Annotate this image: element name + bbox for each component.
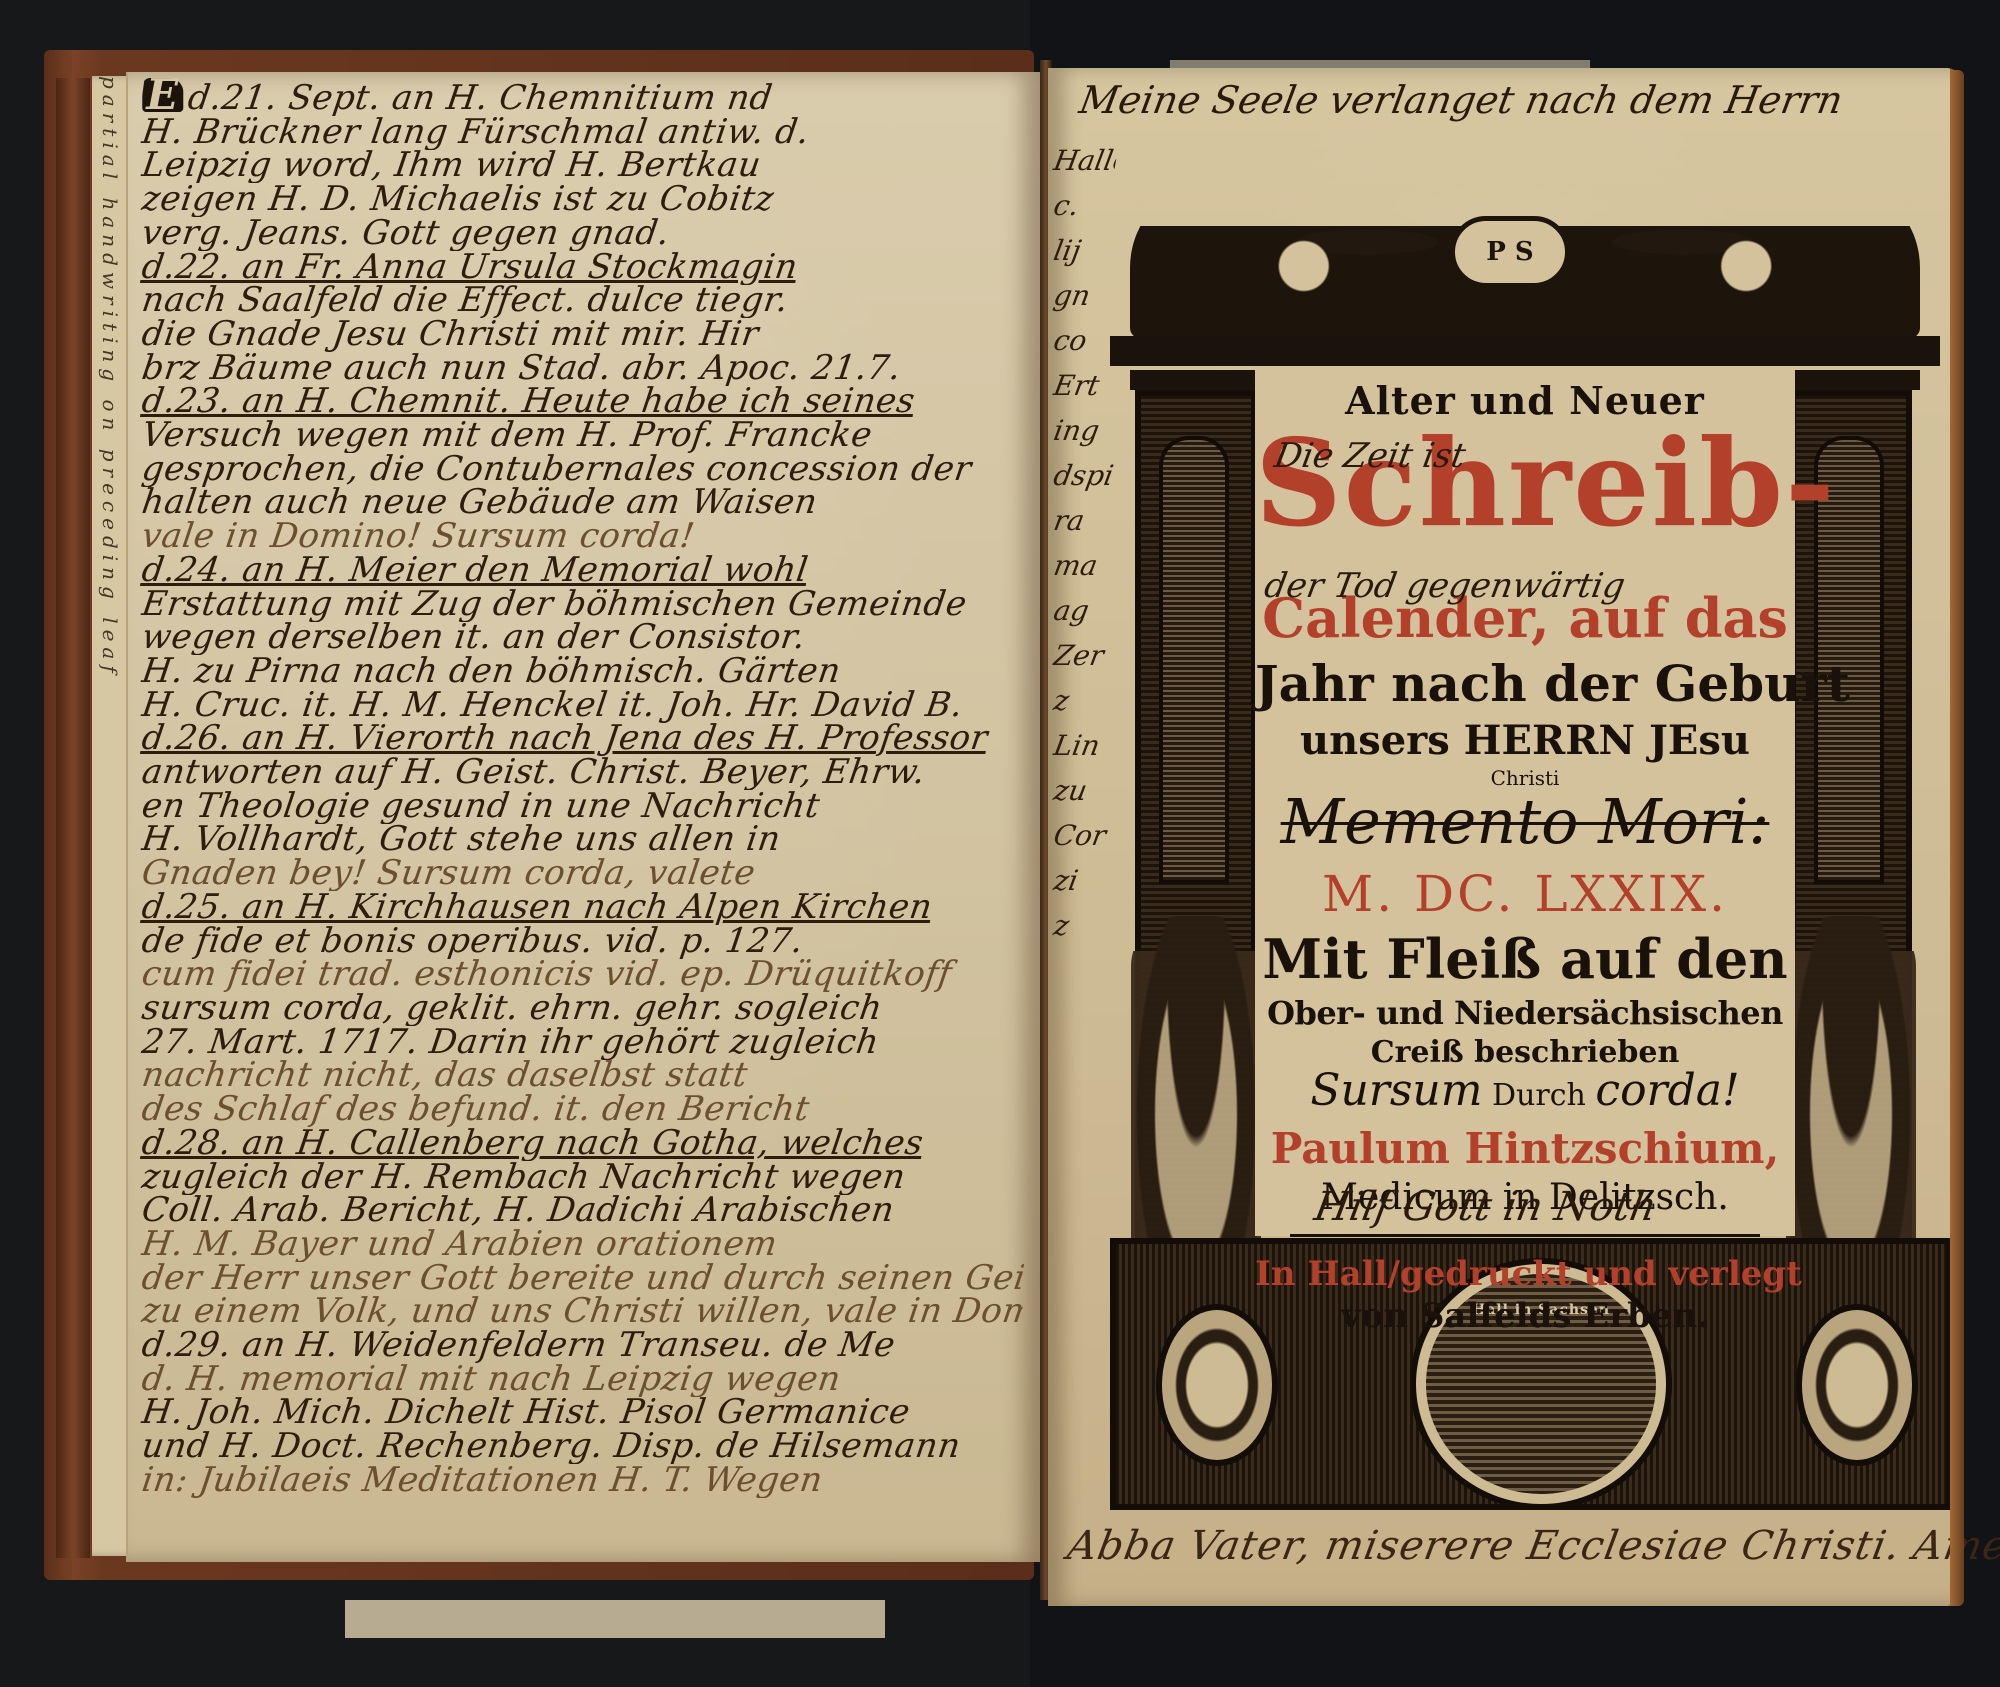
manuscript-line: halten auch neue Gebäude am Waisen bbox=[140, 486, 1025, 520]
manuscript-line: H. zu Pirna nach den böhmisch. Gärten bbox=[140, 655, 1025, 689]
manuscript-line: H. Cruc. it. H. M. Henckel it. Joh. Hr. … bbox=[140, 689, 1025, 723]
manuscript-line: zu einem Volk, und uns Christi willen, v… bbox=[140, 1295, 1025, 1329]
manuscript-line: H. Joh. Mich. Dichelt Hist. Pisol German… bbox=[140, 1396, 1025, 1430]
manuscript-line: d.24. an H. Meier den Memorial wohl bbox=[140, 554, 1025, 588]
title-year: M. DC. LXXIX. bbox=[1255, 861, 1795, 927]
woodcut-frame: P S Hall in Sachsen Alter und Neuer Schr… bbox=[1110, 158, 1940, 1498]
manuscript-line: sursum corda, geklit. ehrn. gehr. soglei… bbox=[140, 992, 1025, 1026]
imprint-place: In Hall/gedruckt und verlegt bbox=[1255, 1253, 1795, 1295]
title-panel: Alter und Neuer Schreib- Calender, auf d… bbox=[1255, 366, 1795, 1236]
handwritten-memento-mori: Memento Mori: bbox=[1255, 789, 1795, 855]
manuscript-line: H. Vollhardt, Gott stehe uns allen in bbox=[140, 823, 1025, 857]
handwritten-overlay-3: Hilf Gott in Noth bbox=[1311, 1184, 1660, 1230]
manuscript-line: die Gnade Jesu Christi mit mir. Hir bbox=[140, 318, 1025, 352]
manuscript-line: d.22. an Fr. Anna Ursula Stockmagin bbox=[140, 251, 1025, 285]
title-line-durch: Sursum Durch corda! bbox=[1255, 1071, 1795, 1116]
manuscript-line: antworten auf H. Geist. Christ. Beyer, E… bbox=[140, 756, 1025, 790]
handwritten-overlay-1: Die Zeit ist bbox=[1271, 436, 1468, 476]
manuscript-line: H. Brückner lang Fürschmal antiw. d. bbox=[140, 116, 1025, 150]
title-line-mit-fleiss: Mit Fleiß auf den bbox=[1255, 927, 1795, 991]
title-line-jahr: Jahr nach der Geburt bbox=[1255, 653, 1795, 715]
handwritten-corda: corda! bbox=[1595, 1065, 1739, 1116]
manuscript-line: Ed.21. Sept. an H. Chemnitium nd bbox=[139, 78, 1024, 116]
decorated-initial: E bbox=[142, 78, 183, 112]
bottom-paper-tab bbox=[345, 1600, 885, 1638]
manuscript-line: 27. Mart. 1717. Darin ihr gehört zugleic… bbox=[140, 1026, 1025, 1060]
handwritten-bottom-note: Abba Vater, miserere Ecclesiae Christi. … bbox=[1064, 1523, 1932, 1569]
title-line-ober-nieder: Ober- und Niedersächsischen bbox=[1255, 991, 1795, 1035]
left-manuscript-page: Ed.21. Sept. an H. Chemnitium nd H. Brüc… bbox=[126, 72, 1042, 1562]
title-divider bbox=[1290, 1234, 1760, 1237]
title-line-unsers-herrn: unsers HERRN JEsu bbox=[1255, 715, 1795, 767]
manuscript-line: d.29. an H. Weidenfeldern Transeu. de Me bbox=[140, 1329, 1025, 1363]
right-urn-ornament bbox=[1796, 1304, 1918, 1466]
handwritten-sursum: Sursum bbox=[1310, 1065, 1482, 1116]
manuscript-line: wegen derselben it. an der Consistor. bbox=[140, 621, 1025, 655]
manuscript-line: H. M. Bayer und Arabien orationem bbox=[140, 1228, 1025, 1262]
manuscript-line: zeigen H. D. Michaelis ist zu Cobitz bbox=[140, 183, 1025, 217]
author-name: Paulum Hintzschium, bbox=[1255, 1122, 1795, 1176]
imprint-publisher: von Salfelds Erben. bbox=[1255, 1295, 1795, 1337]
right-cover-edge bbox=[1950, 70, 1964, 1606]
manuscript-line: d.26. an H. Vierorth nach Jena des H. Pr… bbox=[140, 722, 1025, 756]
manuscript-text-block: Ed.21. Sept. an H. Chemnitium nd H. Brüc… bbox=[142, 78, 1022, 1552]
right-title-page: Meine Seele verlanget nach dem Herrn Hal… bbox=[1048, 68, 1958, 1606]
manuscript-line: der Herr unser Gott bereite und durch se… bbox=[140, 1262, 1025, 1296]
handwritten-top-note: Meine Seele verlanget nach dem Herrn bbox=[1076, 78, 1904, 122]
manuscript-line: verg. Jeans. Gott gegen gnad. bbox=[140, 217, 1025, 251]
printed-durch: Durch bbox=[1492, 1078, 1586, 1113]
manuscript-line: Gnaden bey! Sursum corda, valete bbox=[140, 857, 1025, 891]
manuscript-line: nachricht nicht, das daselbst statt bbox=[140, 1059, 1025, 1093]
frame-lintel bbox=[1110, 336, 1940, 366]
manuscript-line: gesprochen, die Contubernales concession… bbox=[140, 453, 1025, 487]
manuscript-line: d. H. memorial mit nach Leipzig wegen bbox=[140, 1363, 1025, 1397]
manuscript-line: Coll. Arab. Bericht, H. Dadichi Arabisch… bbox=[140, 1194, 1025, 1228]
handwritten-left-margin: Halle c. lij gn co Ert ing dspi ra ma ag… bbox=[1054, 138, 1116, 1518]
manuscript-line: brz Bäume auch nun Stad. abr. Apoc. 21.7… bbox=[140, 352, 1025, 386]
manuscript-line: de fide et bonis operibus. vid. p. 127. bbox=[140, 925, 1025, 959]
crest-monogram: P S bbox=[1450, 216, 1570, 288]
manuscript-line: in: Jubilaeis Meditationen H. T. Wegen bbox=[140, 1464, 1025, 1498]
manuscript-line: Erstattung mit Zug der böhmischen Gemein… bbox=[140, 588, 1025, 622]
manuscript-line: Versuch wegen mit dem H. Prof. Francke bbox=[140, 419, 1025, 453]
manuscript-line: und H. Doct. Rechenberg. Disp. de Hilsem… bbox=[140, 1430, 1025, 1464]
manuscript-line: des Schlaf des befund. it. den Bericht bbox=[140, 1093, 1025, 1127]
left-column-shaft bbox=[1159, 436, 1229, 884]
manuscript-line: Leipzig word, Ihm wird H. Bertkau bbox=[140, 149, 1025, 183]
manuscript-line: cum fidei trad. esthonicis vid. ep. Drüq… bbox=[140, 958, 1025, 992]
handwritten-overlay-2: der Tod gegenwärtig bbox=[1261, 566, 1628, 606]
manuscript-line: d.23. an H. Chemnit. Heute habe ich sein… bbox=[140, 385, 1025, 419]
manuscript-line: nach Saalfeld die Effect. dulce tiegr. bbox=[140, 284, 1025, 318]
manuscript-line: vale in Domino! Sursum corda! bbox=[140, 520, 1025, 554]
manuscript-line: zugleich der H. Rembach Nachricht wegen bbox=[140, 1161, 1025, 1195]
manuscript-line: d.28. an H. Callenberg nach Gotha, welch… bbox=[140, 1127, 1025, 1161]
manuscript-line: d.25. an H. Kirchhausen nach Alpen Kirch… bbox=[140, 891, 1025, 925]
left-cover-edge bbox=[56, 78, 90, 1558]
manuscript-line: en Theologie gesund in une Nachricht bbox=[140, 790, 1025, 824]
